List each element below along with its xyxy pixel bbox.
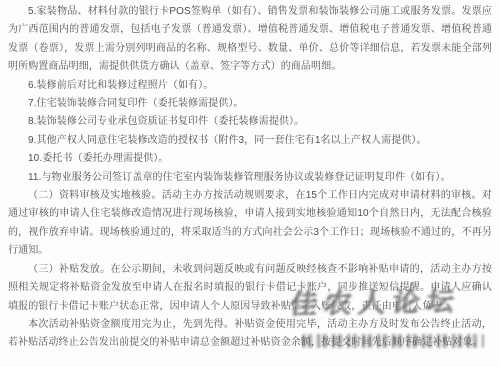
document-page: 5.家装物品、材料付款的银行卡POS签购单（如有）、销售发票和装饰装修公司施工或… [0, 0, 500, 367]
paragraph-item-6: 6.装修前后对比和装修过程照片（如有）。 [8, 77, 492, 95]
paragraph-item-8: 8.装饰装修公司专业承包资质证书复印件（委托装修需提供）。 [8, 113, 492, 131]
paragraph-item-11: 11.与物业服务公司签订盖章的住宅室内装饰装修管理服务协议或装修登记证明复印件（… [8, 169, 492, 187]
paragraph-funds-limit: 本次活动补贴资金额度用完为止，先到先得。补贴资金使用完毕，活动主办方及时发布公告… [8, 316, 492, 353]
paragraph-item-5: 5.家装物品、材料付款的银行卡POS签购单（如有）、销售发票和装饰装修公司施工或… [8, 3, 492, 77]
paragraph-item-7: 7.住宅装饰装修合同复印件（委托装修需提供）。 [8, 95, 492, 113]
paragraph-item-9: 9.其他产权人同意住宅装修改造的授权书（附件3，同一套住宅有1名以上产权人需提供… [8, 132, 492, 150]
paragraph-section-3-disbursement: （三）补贴发放。在公示期间，未收到问题反映或有问题反映经核查不影响补贴申请的，活… [8, 261, 492, 316]
paragraph-section-2-review: （二）资料审核及实地核验。活动主办方按活动规则要求，在15个工作日内完成对申请材… [8, 187, 492, 261]
paragraph-item-10: 10.委托书（委托办理需提供）。 [8, 150, 492, 168]
